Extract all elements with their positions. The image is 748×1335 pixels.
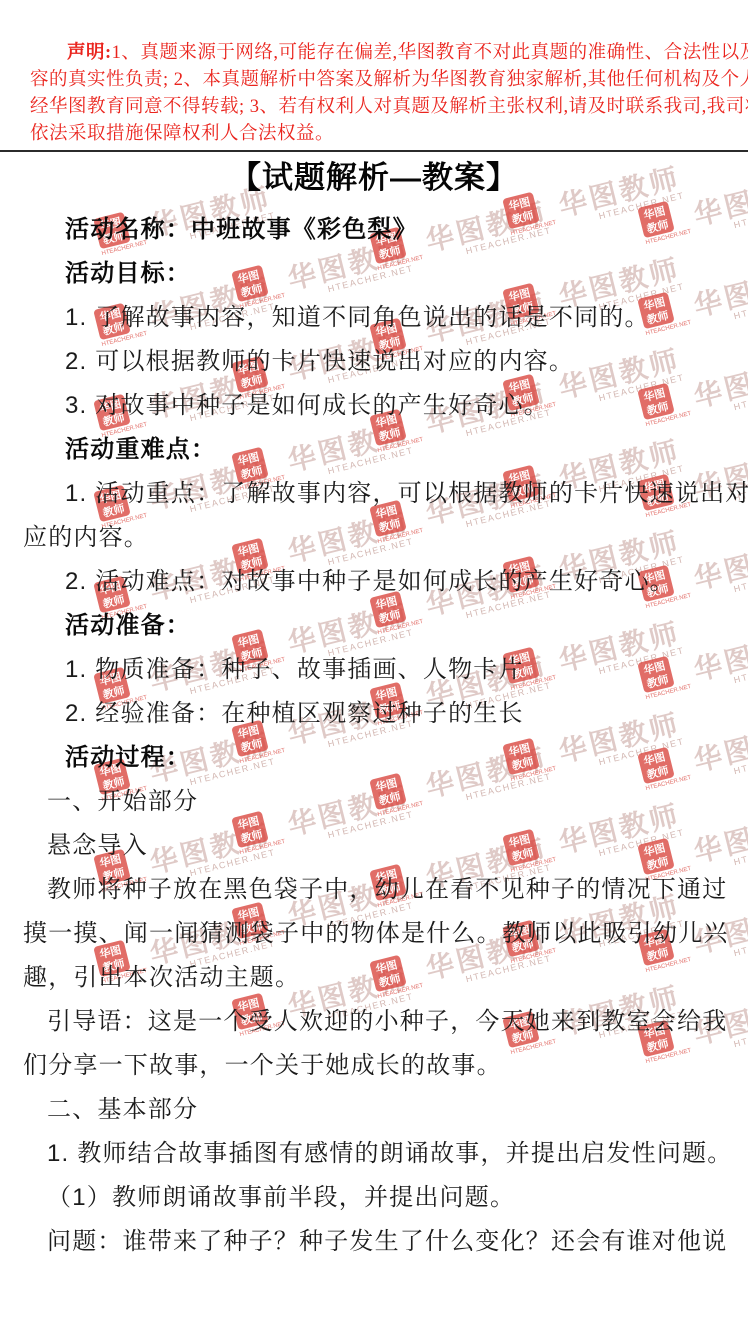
section-heading-line: 活动准备： — [23, 604, 725, 648]
body-line: 应的内容。 — [23, 516, 725, 560]
body-line: 2. 活动难点：对故事中种子是如何成长的产生好奇心。 — [23, 560, 725, 604]
body-line: 1. 活动重点：了解故事内容，可以根据教师的卡片快速说出对 — [23, 472, 725, 516]
document-page: 华图教师HTEACHER.NET华图教师HTEACHER.NET华图教师HTEA… — [0, 0, 748, 1335]
disclaimer-line: 容的真实性负责; 2、本真题解析中答案及解析为华图教育独家解析,其他任何机构及个… — [30, 67, 720, 94]
body-line: 1. 教师结合故事插图有感情的朗诵故事，并提出启发性问题。 — [23, 1132, 725, 1176]
body-line: 2. 可以根据教师的卡片快速说出对应的内容。 — [23, 340, 725, 384]
body-line: 摸一摸、闻一闻猜测袋子中的物体是什么。教师以此吸引幼儿兴 — [23, 912, 725, 956]
section-heading-line: 活动重难点： — [23, 428, 725, 472]
body-line: 悬念导入 — [23, 824, 725, 868]
body-line: 趣，引出本次活动主题。 — [23, 956, 725, 1000]
section-heading-line: 活动名称：中班故事《彩色梨》 — [23, 208, 725, 252]
lesson-plan-body: 活动名称：中班故事《彩色梨》活动目标：1. 了解故事内容，知道不同角色说出的话是… — [0, 208, 748, 1264]
body-line: 1. 物质准备：种子、故事插画、人物卡片 — [23, 648, 725, 692]
body-line: （1）教师朗诵故事前半段，并提出问题。 — [23, 1176, 725, 1220]
body-line: 问题：谁带来了种子？种子发生了什么变化？还会有谁对他说 — [23, 1220, 725, 1264]
page-content: 声明:1、真题来源于网络,可能存在偏差,华图教育不对此真题的准确性、合法性以及内… — [0, 0, 748, 1264]
body-line: 教师将种子放在黑色袋子中，幼儿在看不见种子的情况下通过 — [23, 868, 725, 912]
body-line: 们分享一下故事，一个关于她成长的故事。 — [23, 1044, 725, 1088]
disclaimer: 声明:1、真题来源于网络,可能存在偏差,华图教育不对此真题的准确性、合法性以及内… — [0, 0, 748, 148]
body-line: 3. 对故事中种子是如何成长的产生好奇心。 — [23, 384, 725, 428]
body-line: 二、基本部分 — [23, 1088, 725, 1132]
section-heading-line: 活动目标： — [23, 252, 725, 296]
body-line: 一、开始部分 — [23, 780, 725, 824]
disclaimer-line: 依法采取措施保障权利人合法权益。 — [30, 121, 720, 148]
body-line: 1. 了解故事内容，知道不同角色说出的话是不同的。 — [23, 296, 725, 340]
body-line: 2. 经验准备：在种植区观察过种子的生长 — [23, 692, 725, 736]
disclaimer-line: 经华图教育同意不得转载; 3、若有权利人对真题及解析主张权利,请及时联系我司,我… — [30, 94, 720, 121]
body-line: 引导语：这是一个受人欢迎的小种子，今天她来到教室会给我 — [23, 1000, 725, 1044]
page-title: 【试题解析—教案】 — [0, 158, 748, 198]
divider-line — [0, 150, 748, 152]
disclaimer-lead: 声明: — [67, 43, 112, 63]
disclaimer-line: 声明:1、真题来源于网络,可能存在偏差,华图教育不对此真题的准确性、合法性以及内 — [30, 40, 720, 67]
section-heading-line: 活动过程： — [23, 736, 725, 780]
